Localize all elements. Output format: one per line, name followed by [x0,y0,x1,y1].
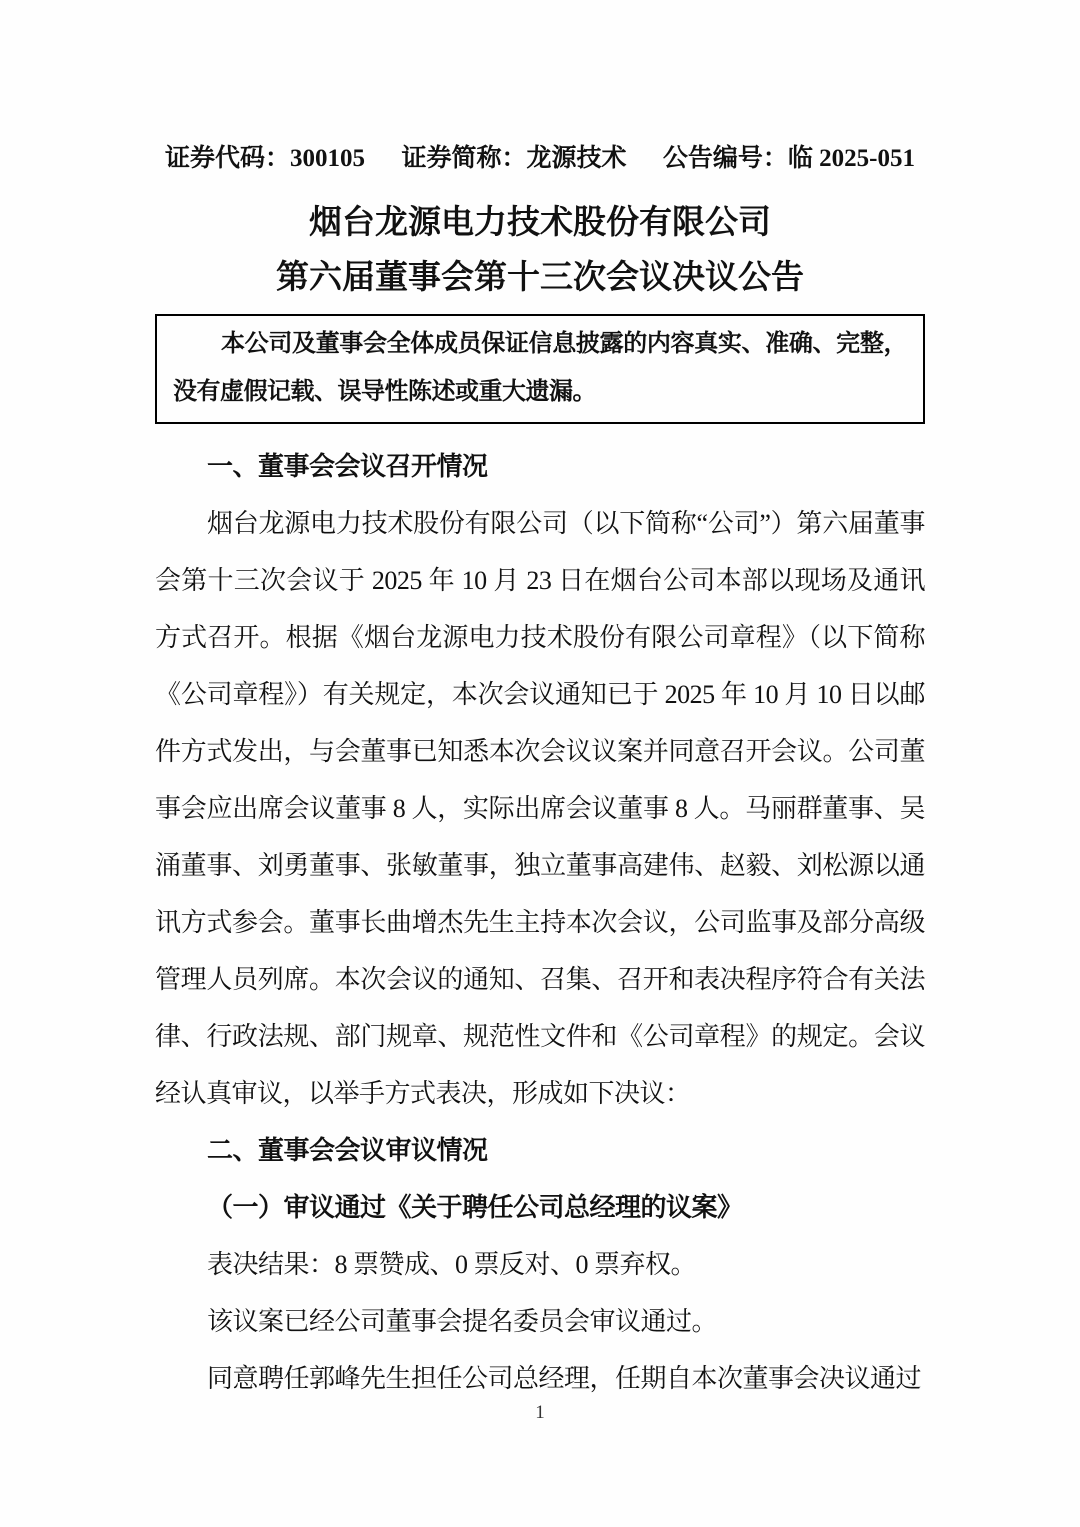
announcement-document-page: 证券代码：300105 证券简称：龙源技术 公告编号：临 2025-051 烟台… [0,0,1080,1527]
document-content: 证券代码：300105 证券简称：龙源技术 公告编号：临 2025-051 烟台… [155,0,925,1407]
company-name-title: 烟台龙源电力技术股份有限公司 [155,196,925,251]
section-2-heading: 二、董事会会议审议情况 [155,1122,925,1179]
stock-code: 证券代码：300105 [165,142,365,176]
page-number: 1 [0,1402,1080,1424]
disclaimer-text: 本公司及董事会全体成员保证信息披露的内容真实、准确、完整，没有虚假记载、误导性陈… [173,320,907,416]
disclaimer-box: 本公司及董事会全体成员保证信息披露的内容真实、准确、完整，没有虚假记载、误导性陈… [155,314,925,424]
section-1-heading: 一、董事会会议召开情况 [155,438,925,495]
section-1-paragraph: 烟台龙源电力技术股份有限公司（以下简称“公司”）第六届董事会第十三次会议于 20… [155,495,925,1122]
resolution-text: 同意聘任郭峰先生担任公司总经理，任期自本次董事会决议通过 [155,1350,925,1407]
stock-short-name: 证券简称：龙源技术 [401,142,626,176]
committee-review-note: 该议案已经公司董事会提名委员会审议通过。 [155,1293,925,1350]
document-meta-row: 证券代码：300105 证券简称：龙源技术 公告编号：临 2025-051 [155,142,925,176]
vote-result-text: 表决结果：8 票赞成、0 票反对、0 票弃权。 [155,1236,925,1293]
announcement-title: 第六届董事会第十三次会议决议公告 [155,251,925,306]
proposal-1-heading: （一）审议通过《关于聘任公司总经理的议案》 [155,1179,925,1236]
announcement-number: 公告编号：临 2025-051 [663,142,915,176]
